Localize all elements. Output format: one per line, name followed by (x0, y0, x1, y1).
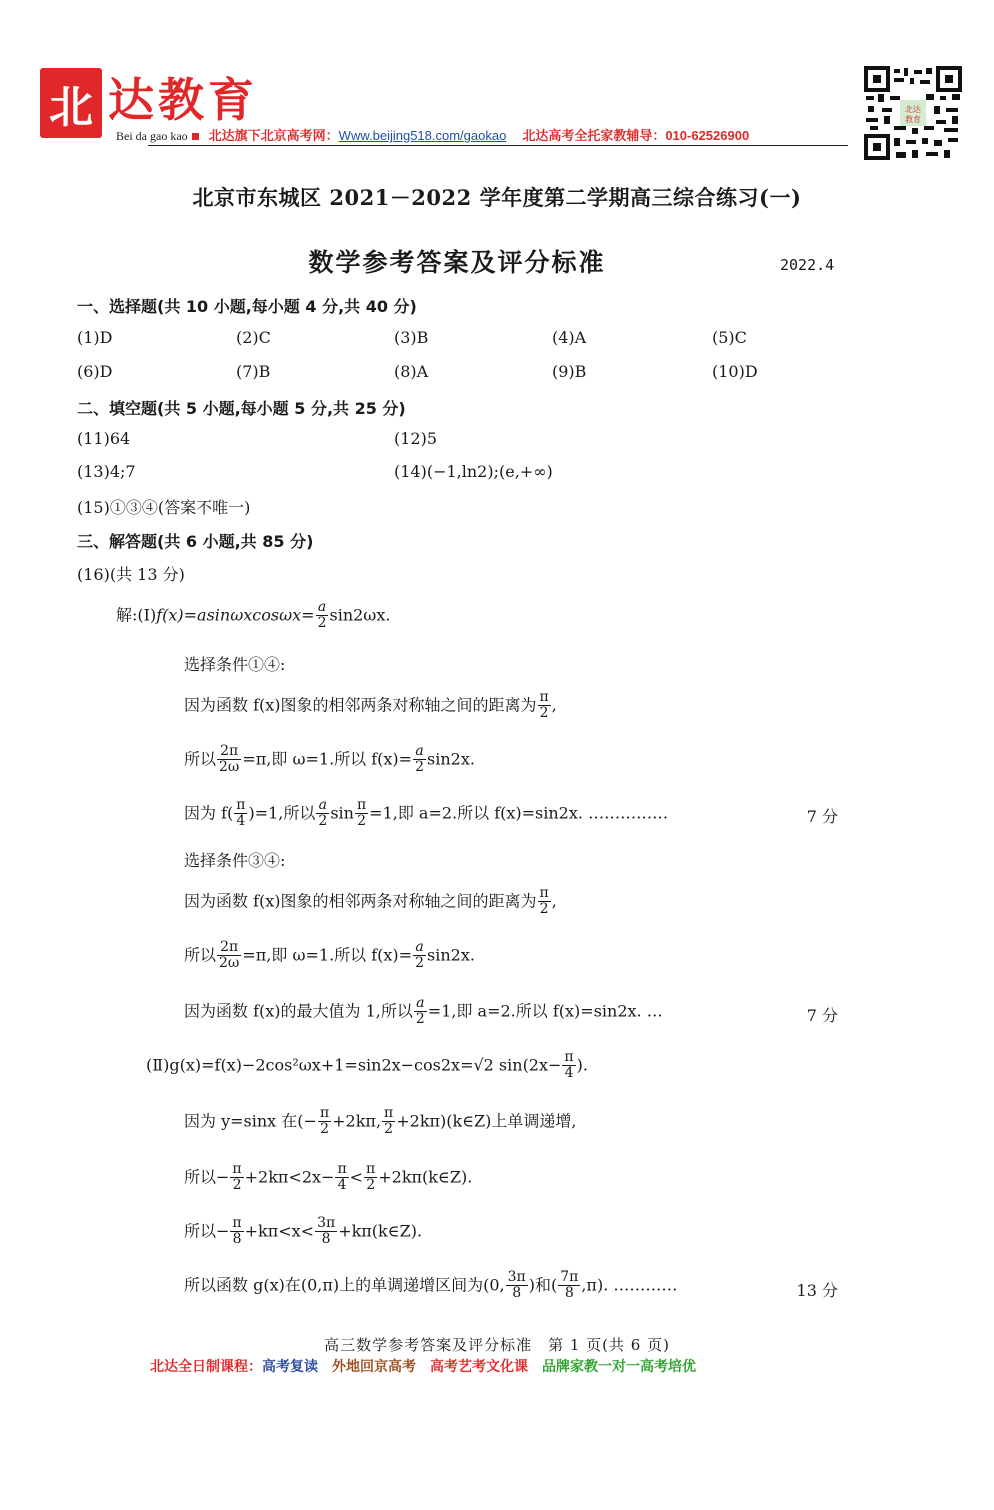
fraction: a2 (316, 600, 329, 632)
score-13: 13 分 (797, 1278, 838, 1301)
qr-code-icon: 北达 教育 (864, 66, 962, 160)
answer-2: (2)C (236, 328, 271, 347)
part1-label: 解:(Ⅰ) (116, 605, 156, 624)
document-subtitle: 数学参考答案及评分标准 (0, 243, 914, 279)
square-bullet-icon (192, 133, 199, 140)
site-link[interactable]: Www.beijing518.com/gaokao (339, 128, 507, 143)
solution-line-final: 所以函数 g(x)在(0,π)上的单调递增区间为(0,3π8)和(7π8,π).… (184, 1270, 677, 1302)
answer-12: (12)5 (394, 429, 437, 448)
site-label: 北达旗下北京高考网： (209, 128, 339, 143)
svg-text:教育: 教育 (905, 114, 921, 124)
condition-14-label: 选择条件①④: (184, 652, 285, 675)
answer-9: (9)B (552, 362, 586, 381)
logo-char: 北 (49, 71, 93, 135)
solution-line-dist-2: 因为函数 f(x)图象的相邻两条对称轴之间的距离为π2, (184, 886, 557, 918)
section1-heading: 一、选择题(共 10 小题,每小题 4 分,共 40 分) (77, 294, 417, 317)
section3-heading: 三、解答题(共 6 小题,共 85 分) (77, 529, 313, 552)
answer-5: (5)C (712, 328, 747, 347)
answer-13: (13)4;7 (77, 462, 136, 481)
answer-15: (15)①③④(答案不唯一) (77, 495, 250, 518)
course-art: 高考艺考文化课 (430, 1359, 528, 1375)
brand-pinyin: Bei da gao kao (116, 129, 188, 143)
solution-line-ineq-2: 所以−π8+kπ<x<3π8+kπ(k∈Z). (184, 1216, 422, 1248)
course-label: 北达全日制课程： (150, 1359, 262, 1375)
document-title: 北京市东城区 2021－2022 学年度第二学期高三综合练习(一) (0, 182, 994, 212)
tutor-contact: 北达高考全托家教辅导：010-62526900 (522, 128, 749, 143)
answer-11: (11)64 (77, 429, 130, 448)
solution-line-omega-1: 所以2π2ω=π,即 ω=1.所以 f(x)=a2sin2x. (184, 744, 475, 776)
solution-line-max: 因为函数 f(x)的最大值为 1,所以a2=1,即 a=2.所以 f(x)=si… (184, 996, 663, 1028)
score-7-b: 7 分 (807, 1003, 838, 1026)
solution-line-dist-1: 因为函数 f(x)图象的相邻两条对称轴之间的距离为π2, (184, 690, 557, 722)
logo-text: 达教育 (108, 64, 258, 130)
course-repeat: 高考复读 (262, 1359, 318, 1375)
answer-14: (14)(−1,ln2);(e,+∞) (394, 462, 553, 481)
svg-text:北达: 北达 (905, 104, 921, 114)
solution-line-f-value: 因为 f(π4)=1,所以a2sinπ2=1,即 a=2.所以 f(x)=sin… (184, 798, 668, 830)
answer-4: (4)A (552, 328, 586, 347)
answer-1: (1)D (77, 328, 113, 347)
header-divider (148, 145, 848, 146)
course-ad: 北达全日制课程：高考复读外地回京高考高考艺考文化课品牌家教一对一高考培优 (150, 1356, 710, 1376)
answer-8: (8)A (394, 362, 428, 381)
course-return: 外地回京高考 (332, 1359, 416, 1375)
score-7-a: 7 分 (807, 804, 838, 827)
expr-tail: sin2ωx. (329, 605, 390, 624)
expr: f(x)=asinωxcosωx= (156, 605, 314, 624)
section2-heading: 二、填空题(共 5 小题,每小题 5 分,共 25 分) (77, 396, 406, 419)
answer-7: (7)B (236, 362, 270, 381)
course-tutor: 品牌家教一对一高考培优 (542, 1359, 696, 1375)
page-footer: 高三数学参考答案及评分标准 第 1 页(共 6 页) (0, 1334, 994, 1355)
solution-line-1: 解:(Ⅰ)f(x)=asinωxcosωx=a2sin2ωx. (116, 600, 390, 632)
answer-10: (10)D (712, 362, 758, 381)
header-tagline: Bei da gao kao北达旗下北京高考网：Www.beijing518.c… (116, 125, 749, 144)
q16-label: (16)(共 13 分) (77, 562, 185, 585)
solution-line-ineq-1: 所以−π2+2kπ<2x−π4<π2+2kπ(k∈Z). (184, 1162, 472, 1194)
solution-line-omega-2: 所以2π2ω=π,即 ω=1.所以 f(x)=a2sin2x. (184, 940, 475, 972)
answer-3: (3)B (394, 328, 428, 347)
solution-line-monotone: 因为 y=sinx 在(−π2+2kπ,π2+2kπ)(k∈Z)上单调递增, (184, 1106, 577, 1138)
condition-34-label: 选择条件③④: (184, 848, 285, 871)
solution-part2: (Ⅱ)g(x)=f(x)−2cos²ωx+1=sin2x−cos2x=√2 si… (146, 1050, 588, 1082)
answer-6: (6)D (77, 362, 113, 381)
logo-mark: 北 (40, 68, 102, 138)
document-date: 2022.4 (780, 256, 834, 274)
